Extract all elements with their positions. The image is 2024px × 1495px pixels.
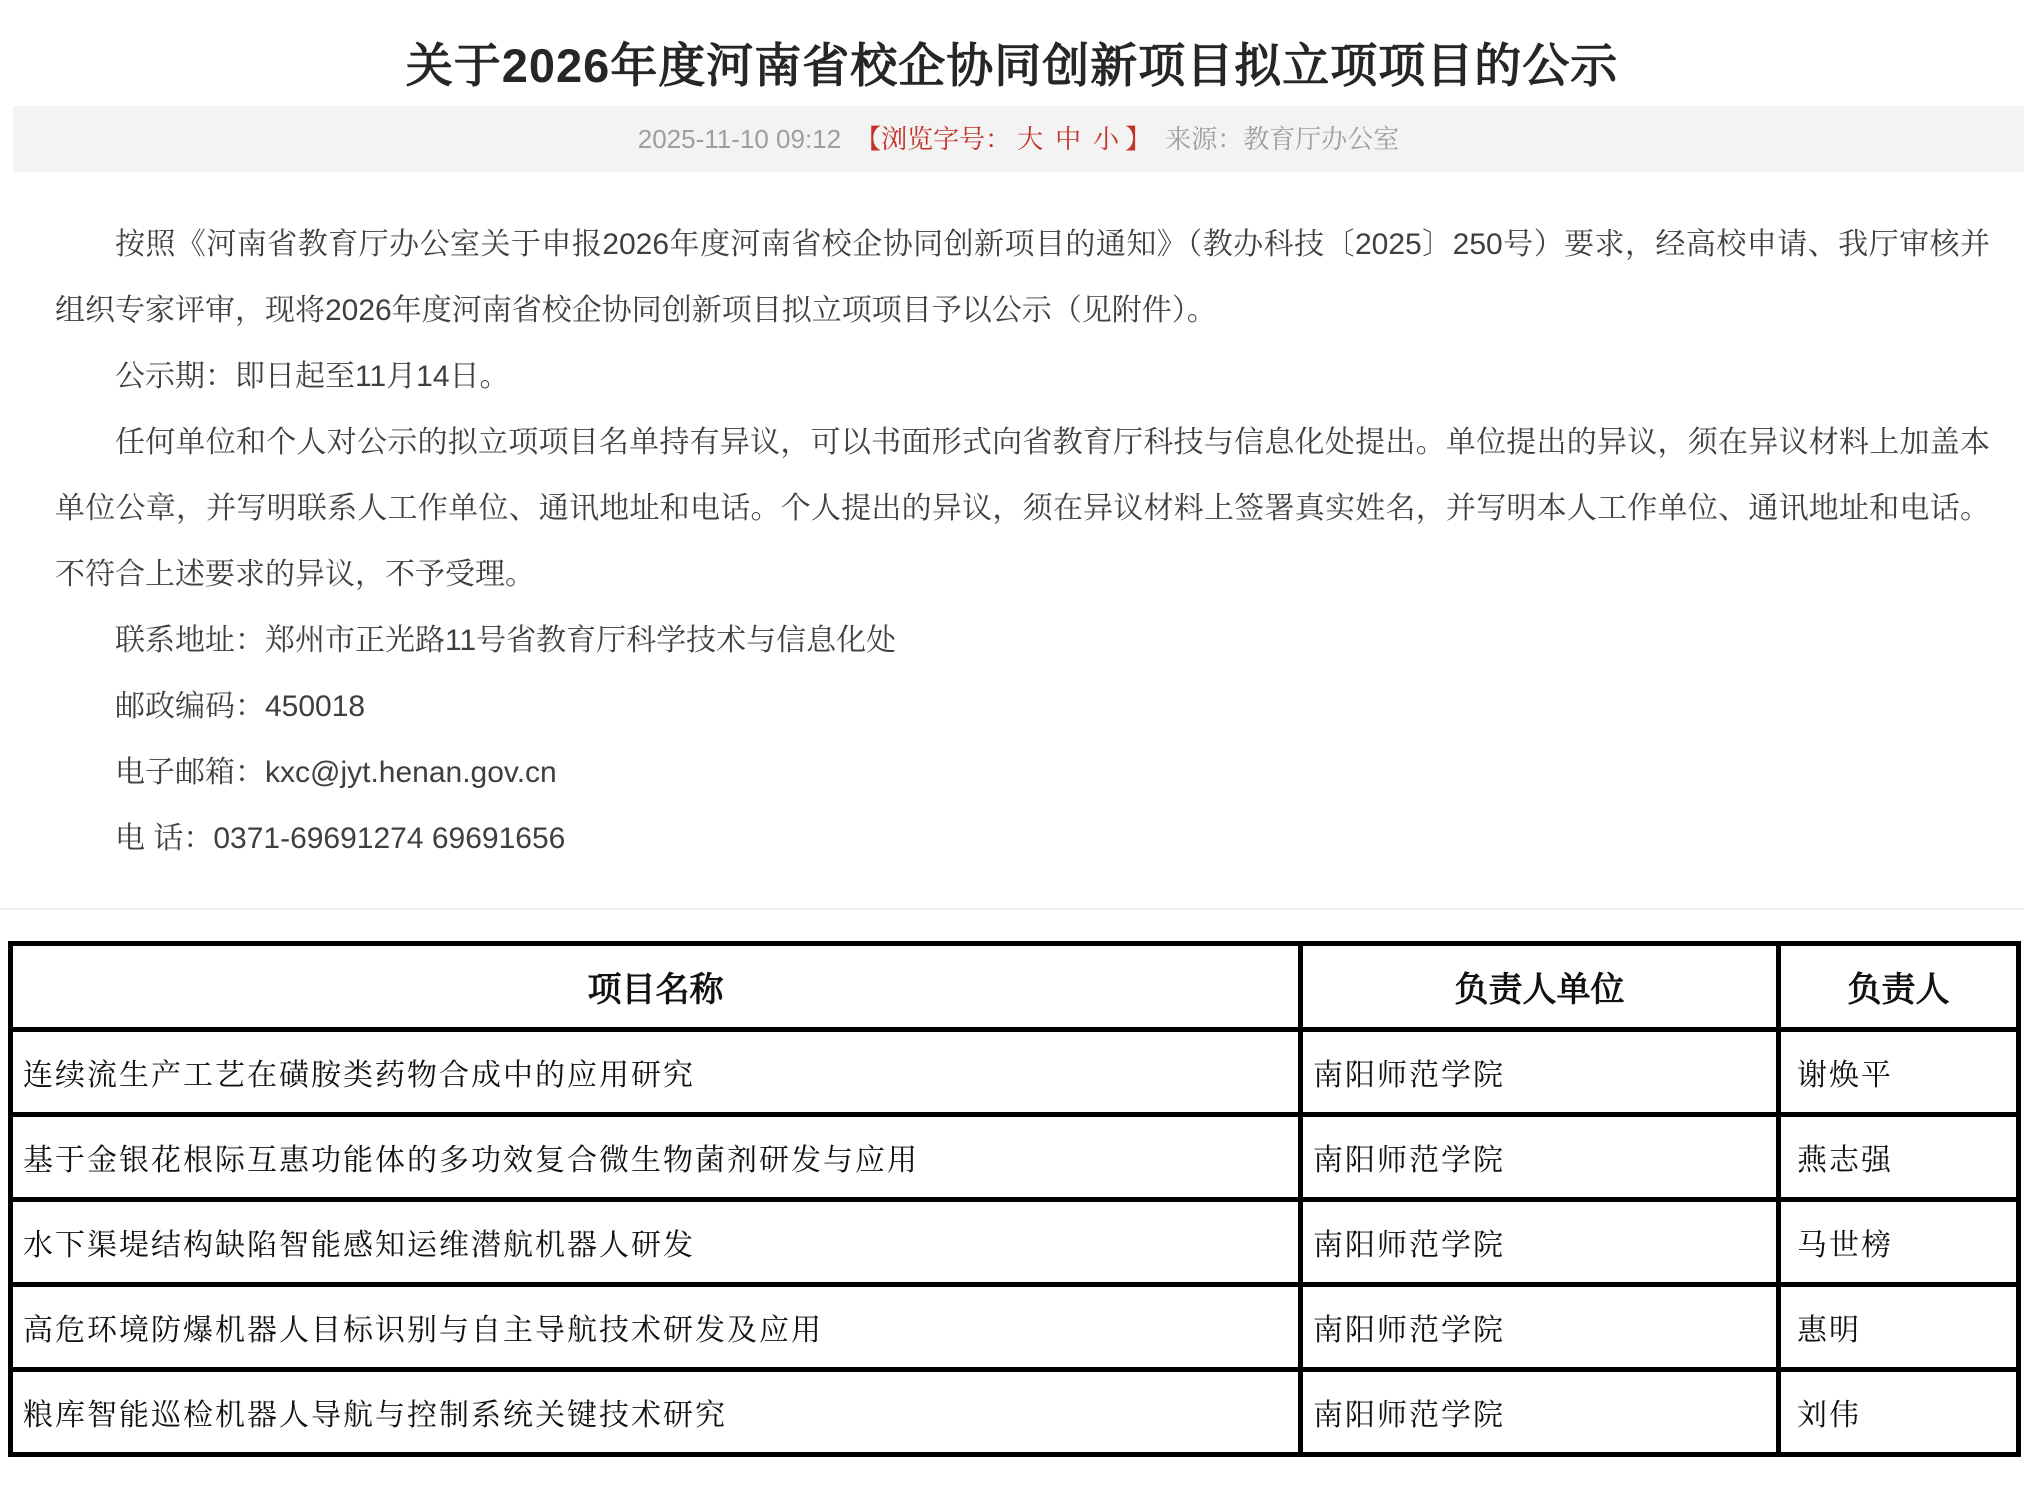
source-value: 教育厅办公室: [1243, 124, 1399, 154]
leader-cell: 谢焕平: [1779, 1030, 2019, 1115]
leader-cell: 刘伟: [1779, 1370, 2019, 1455]
header-leader-unit: 负责人单位: [1301, 944, 1779, 1030]
paragraph-contact-address: 联系地址：郑州市正光路11号省教育厅科学技术与信息化处: [55, 608, 1990, 674]
page-title: 关于2026年度河南省校企协同创新项目拟立项项目的公示: [0, 0, 2024, 106]
header-project-name: 项目名称: [11, 944, 1301, 1030]
table-row: 连续流生产工艺在磺胺类药物合成中的应用研究 南阳师范学院 谢焕平: [11, 1030, 2019, 1115]
project-name-cell: 高危环境防爆机器人目标识别与自主导航技术研发及应用: [11, 1285, 1301, 1370]
font-size-small-button[interactable]: 小: [1087, 124, 1125, 154]
leader-cell: 燕志强: [1779, 1115, 2019, 1200]
meta-bar: 2025-11-10 09:12【浏览字号：大中小】来源：教育厅办公室: [13, 106, 2024, 172]
leader-unit-cell: 南阳师范学院: [1301, 1285, 1779, 1370]
font-size-label-close: 】: [1125, 124, 1151, 154]
table-row: 高危环境防爆机器人目标识别与自主导航技术研发及应用 南阳师范学院 惠明: [11, 1285, 2019, 1370]
leader-unit-cell: 南阳师范学院: [1301, 1200, 1779, 1285]
project-name-cell: 基于金银花根际互惠功能体的多功效复合微生物菌剂研发与应用: [11, 1115, 1301, 1200]
table-row: 粮库智能巡检机器人导航与控制系统关键技术研究 南阳师范学院 刘伟: [11, 1370, 2019, 1455]
leader-unit-cell: 南阳师范学院: [1301, 1370, 1779, 1455]
content-divider: [0, 908, 2024, 910]
project-name-cell: 水下渠堤结构缺陷智能感知运维潜航机器人研发: [11, 1200, 1301, 1285]
paragraph-publicity-period: 公示期：即日起至11月14日。: [55, 344, 1990, 410]
paragraph-phone: 电 话：0371-69691274 69691656: [55, 806, 1990, 872]
table-row: 基于金银花根际互惠功能体的多功效复合微生物菌剂研发与应用 南阳师范学院 燕志强: [11, 1115, 2019, 1200]
project-name-cell: 连续流生产工艺在磺胺类药物合成中的应用研究: [11, 1030, 1301, 1115]
leader-unit-cell: 南阳师范学院: [1301, 1115, 1779, 1200]
article-body: 按照《河南省教育厅办公室关于申报2026年度河南省校企协同创新项目的通知》（教办…: [55, 212, 1990, 872]
table-row: 水下渠堤结构缺陷智能感知运维潜航机器人研发 南阳师范学院 马世榜: [11, 1200, 2019, 1285]
paragraph-objection: 任何单位和个人对公示的拟立项项目名单持有异议，可以书面形式向省教育厅科技与信息化…: [55, 410, 1990, 608]
paragraph-email: 电子邮箱：kxc@jyt.henan.gov.cn: [55, 740, 1990, 806]
font-size-label: 【浏览字号：: [855, 124, 1011, 154]
project-name-cell: 粮库智能巡检机器人导航与控制系统关键技术研究: [11, 1370, 1301, 1455]
header-leader: 负责人: [1779, 944, 2019, 1030]
source-label: 来源：: [1165, 124, 1243, 154]
table-header-row: 项目名称 负责人单位 负责人: [11, 944, 2019, 1030]
leader-cell: 马世榜: [1779, 1200, 2019, 1285]
projects-table: 项目名称 负责人单位 负责人 连续流生产工艺在磺胺类药物合成中的应用研究 南阳师…: [8, 941, 2021, 1457]
font-size-medium-button[interactable]: 中: [1049, 124, 1087, 154]
font-size-large-button[interactable]: 大: [1011, 124, 1049, 154]
publish-datetime: 2025-11-10 09:12: [638, 124, 841, 154]
paragraph-postal-code: 邮政编码：450018: [55, 674, 1990, 740]
paragraph-intro: 按照《河南省教育厅办公室关于申报2026年度河南省校企协同创新项目的通知》（教办…: [55, 212, 1990, 344]
leader-cell: 惠明: [1779, 1285, 2019, 1370]
leader-unit-cell: 南阳师范学院: [1301, 1030, 1779, 1115]
